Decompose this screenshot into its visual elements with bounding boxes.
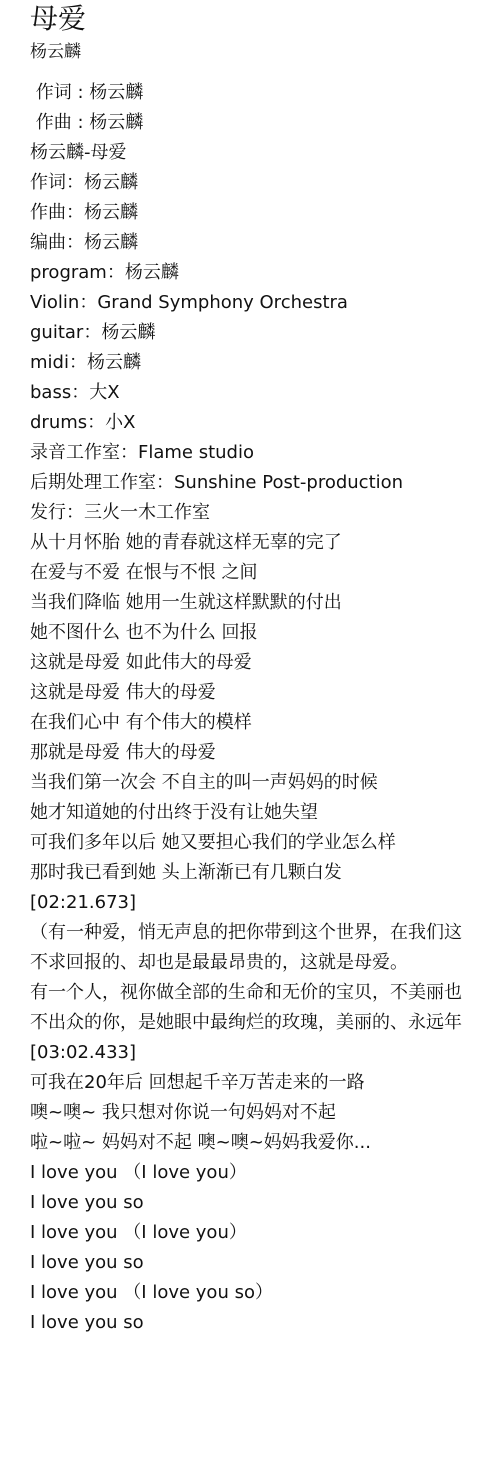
song-title: 母爱: [30, 0, 500, 38]
lyric-line: I love you （I love you）: [30, 1158, 500, 1188]
lyric-line: 发行：三火一木工作室: [30, 498, 500, 528]
lyric-line: 从十月怀胎 她的青春就这样无辜的完了: [30, 528, 500, 558]
lyric-line: 当我们第一次会 不自主的叫一声妈妈的时候: [30, 768, 500, 798]
lyric-line: 后期处理工作室：Sunshine Post-production: [30, 468, 500, 498]
lyric-line: 可我们多年以后 她又要担心我们的学业怎么样: [30, 828, 500, 858]
lyric-line: 她才知道她的付出终于没有让她失望: [30, 798, 500, 828]
lyric-line: 那时我已看到她 头上渐渐已有几颗白发: [30, 858, 500, 888]
lyric-line: 可我在20年后 回想起千辛万苦走来的一路: [30, 1068, 500, 1098]
lyric-line: drums：小X: [30, 408, 500, 438]
lyric-line: 作词 : 杨云麟: [30, 78, 500, 108]
lyric-line: 录音工作室：Flame studio: [30, 438, 500, 468]
lyric-line: I love you so: [30, 1248, 500, 1278]
lyric-line: midi：杨云麟: [30, 348, 500, 378]
lyrics-body: 作词 : 杨云麟 作曲 : 杨云麟 杨云麟-母爱 作词：杨云麟 作曲：杨云麟 编…: [30, 78, 500, 1338]
lyrics-page: 母爱 杨云麟 作词 : 杨云麟 作曲 : 杨云麟 杨云麟-母爱 作词：杨云麟 作…: [30, 0, 500, 1338]
lyric-line: 这就是母爱 伟大的母爱: [30, 678, 500, 708]
lyric-line: 有一个人，视你做全部的生命和无价的宝贝，不美丽也: [30, 978, 500, 1008]
lyric-line: bass：大X: [30, 378, 500, 408]
lyric-line: 在爱与不爱 在恨与不恨 之间: [30, 558, 500, 588]
lyric-line: 啦~啦~ 妈妈对不起 噢~噢~妈妈我爱你...: [30, 1128, 500, 1158]
lyric-line: 作曲：杨云麟: [30, 198, 500, 228]
lyric-line: guitar：杨云麟: [30, 318, 500, 348]
lyric-line: Violin：Grand Symphony Orchestra: [30, 288, 500, 318]
lyric-line: （有一种爱，悄无声息的把你带到这个世界，在我们这: [30, 918, 500, 948]
lyric-line: I love you （I love you so）: [30, 1278, 500, 1308]
lyric-line: 作词：杨云麟: [30, 168, 500, 198]
lyric-line: 作曲 : 杨云麟: [30, 108, 500, 138]
lyric-line: I love you （I love you）: [30, 1218, 500, 1248]
lyric-line: program：杨云麟: [30, 258, 500, 288]
lyric-line: I love you so: [30, 1308, 500, 1338]
lyric-line: 不出众的你，是她眼中最绚烂的玫瑰，美丽的、永远年: [30, 1008, 500, 1038]
lyric-line: I love you so: [30, 1188, 500, 1218]
lyric-line: 杨云麟-母爱: [30, 138, 500, 168]
lyric-line: 不求回报的、却也是最最昂贵的，这就是母爱。: [30, 948, 500, 978]
lyric-line: 当我们降临 她用一生就这样默默的付出: [30, 588, 500, 618]
lyric-line: 编曲：杨云麟: [30, 228, 500, 258]
lyric-line: 她不图什么 也不为什么 回报: [30, 618, 500, 648]
lyric-timestamp: [03:02.433]: [30, 1038, 500, 1068]
lyric-timestamp: [02:21.673]: [30, 888, 500, 918]
lyric-line: 那就是母爱 伟大的母爱: [30, 738, 500, 768]
lyric-line: 这就是母爱 如此伟大的母爱: [30, 648, 500, 678]
lyric-line: 在我们心中 有个伟大的模样: [30, 708, 500, 738]
lyric-line: 噢~噢~ 我只想对你说一句妈妈对不起: [30, 1098, 500, 1128]
song-artist: 杨云麟: [30, 38, 500, 66]
